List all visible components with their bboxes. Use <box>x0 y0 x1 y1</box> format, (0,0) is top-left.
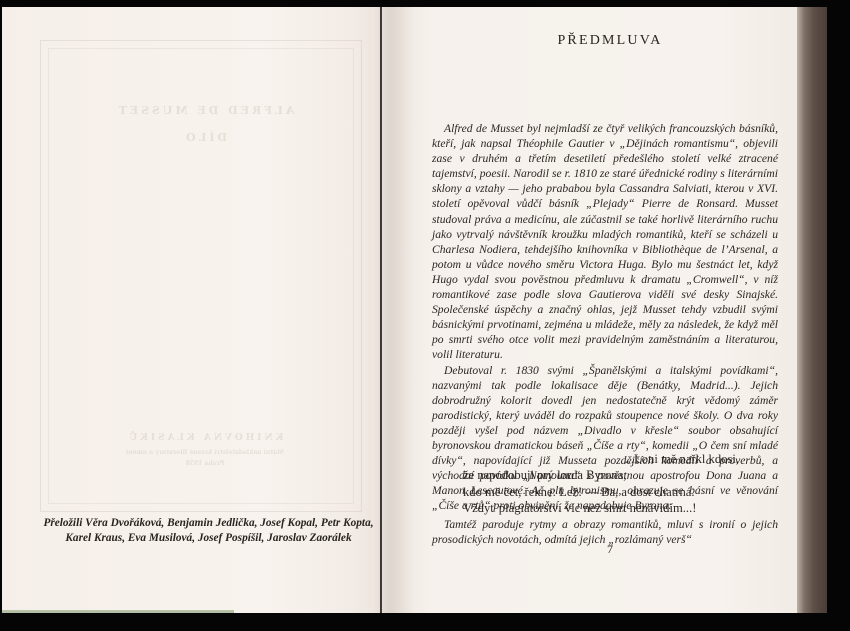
paragraph-1: Alfred de Musset byl nejmladší ze čtyř v… <box>432 121 778 363</box>
showthrough-series-sub-1: Státní nakladatelství krásné literatury … <box>60 449 350 456</box>
verse-quote: ...Loni mě nařkl kdosi, že napodobuji pr… <box>463 451 783 517</box>
verse-line-4: Vždyť plagiátorství víc než smrt nenávid… <box>463 500 783 516</box>
book-spread: ALFRED DE MUSSET DÍLO KNIHOVNA KLASIKŮ S… <box>0 0 850 631</box>
showthrough-author: ALFRED DE MUSSET <box>60 104 350 117</box>
showthrough-work: DÍLO <box>60 131 350 144</box>
verse-line-1: ...Loni mě nařkl kdosi, <box>463 451 783 467</box>
translators-credit: Přeložili Věra Dvořáková, Benjamin Jedli… <box>36 516 381 546</box>
page-number: 7 <box>420 542 800 557</box>
page-block-edge <box>797 7 827 613</box>
verse-line-2: že napodobuji prý lorda Byrona; <box>463 467 783 483</box>
verse-line-3: kdo mě čet, řekne: Lež! — Ba, a dost cha… <box>463 484 783 500</box>
showthrough-series-sub-2: Praha 1958 <box>60 460 350 467</box>
showthrough-series: KNIHOVNA KLASIKŮ <box>60 433 350 443</box>
translators-line-1: Přeložili Věra Dvořáková, Benjamin Jedli… <box>36 516 381 531</box>
translators-line-2: Karel Kraus, Eva Musilová, Josef Pospíši… <box>36 531 381 546</box>
page-title: PŘEDMLUVA <box>420 33 800 49</box>
background-bottom <box>0 613 850 631</box>
spine-gutter <box>374 7 414 613</box>
